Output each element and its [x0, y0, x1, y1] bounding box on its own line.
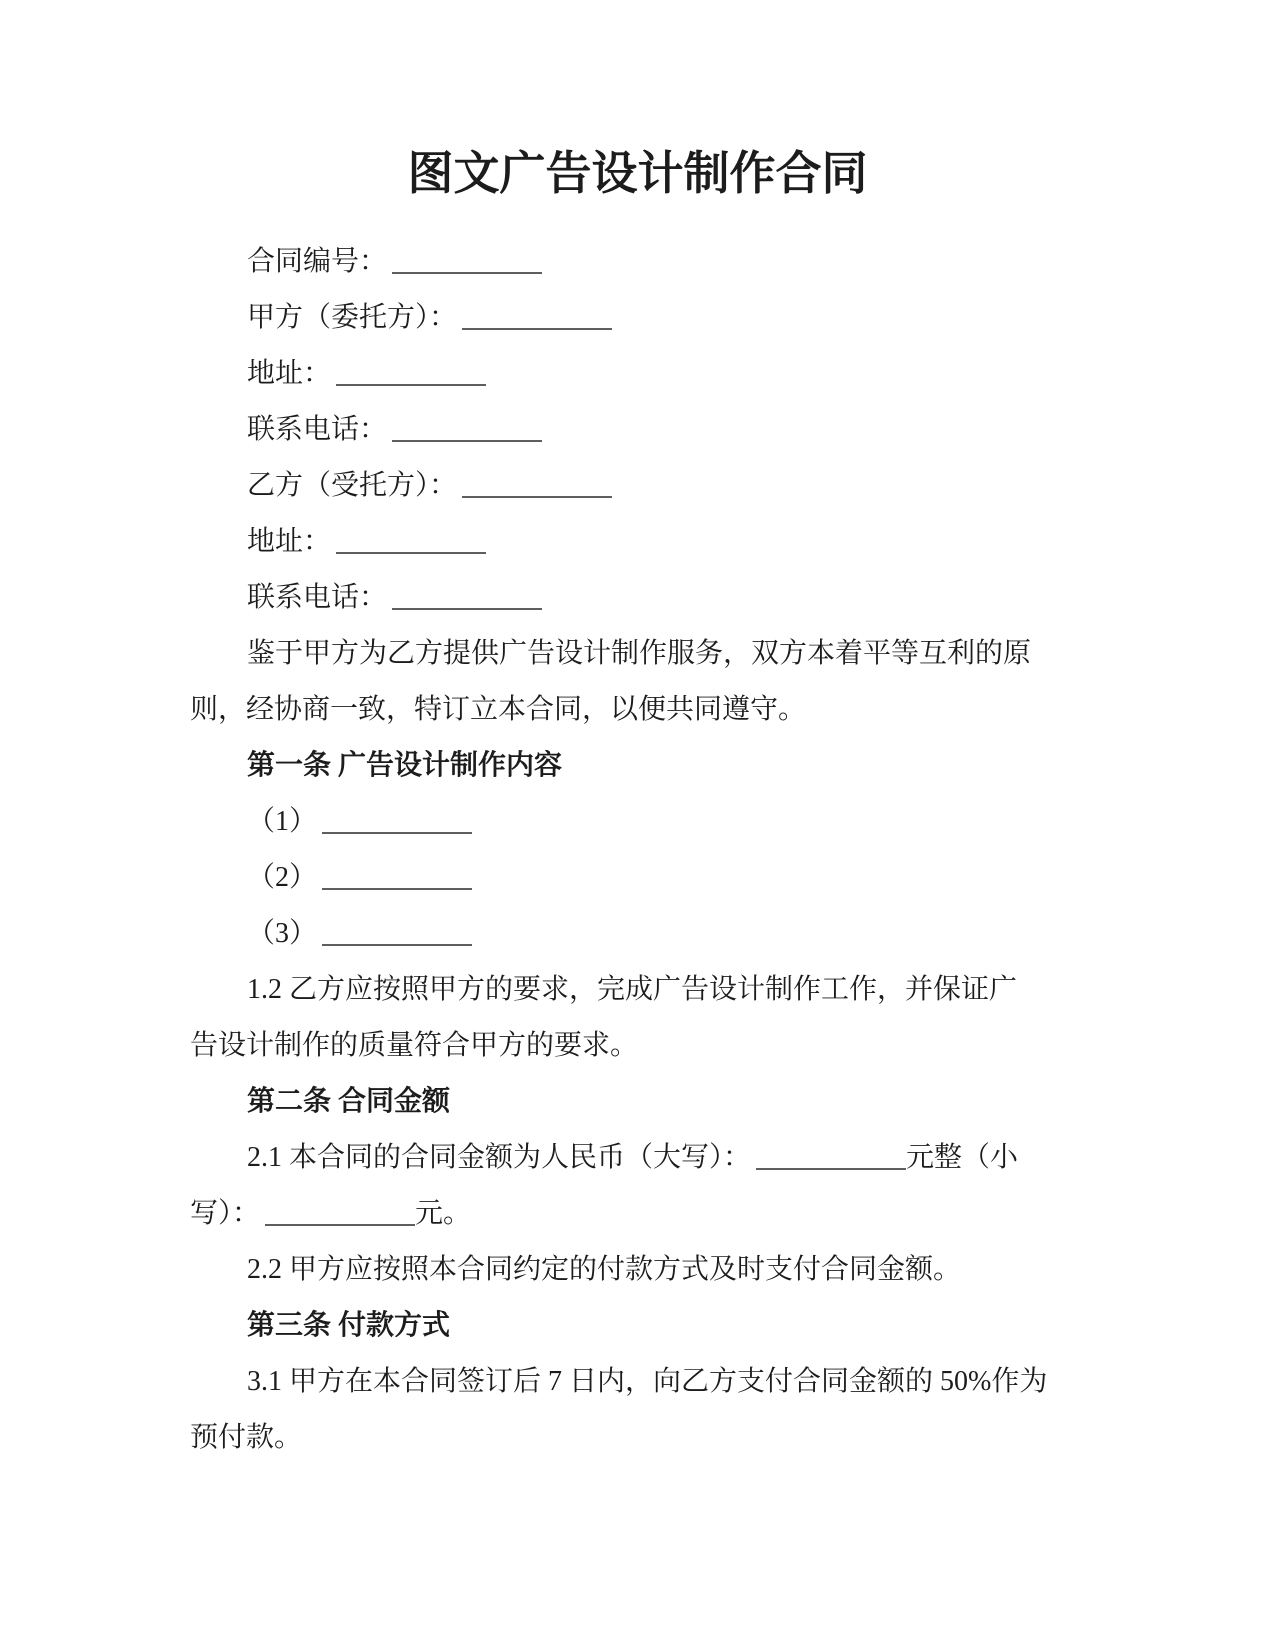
text-run: 1.2 乙方应按照甲方的要求，完成广告设计制作工作，并保证广	[247, 974, 1017, 1005]
blank-underline	[392, 420, 542, 442]
text-run: 合同编号：	[247, 246, 387, 277]
clause-1-2-line-1: 1.2 乙方应按照甲方的要求，完成广告设计制作工作，并保证广	[190, 962, 1070, 1018]
blank-underline	[336, 532, 486, 554]
blank-underline	[756, 1148, 906, 1170]
text-run: 告设计制作的质量符合甲方的要求。	[190, 1030, 638, 1061]
blank-underline	[322, 868, 472, 890]
text-run: 3.1 甲方在本合同签订后 7 日内，向乙方支付合同金额的 50%作为	[247, 1366, 1047, 1397]
text-run: 第三条 付款方式	[247, 1310, 450, 1341]
text-run: （3）	[247, 918, 317, 949]
document-title: 图文广告设计制作合同	[0, 142, 1275, 206]
text-run: 元整（小	[906, 1142, 1018, 1173]
text-run: 联系电话：	[247, 414, 387, 445]
clause-2-2: 2.2 甲方应按照本合同约定的付款方式及时支付合同金额。	[190, 1242, 1070, 1298]
party-b-address-field: 地址：	[190, 514, 1070, 570]
text-run: 元。	[415, 1198, 471, 1229]
text-run: 鉴于甲方为乙方提供广告设计制作服务，双方本着平等互利的原	[247, 638, 1031, 669]
clause-2-1-line-1: 2.1 本合同的合同金额为人民币（大写）：元整（小	[190, 1130, 1070, 1186]
text-run: 地址：	[247, 358, 331, 389]
text-run: 第一条 广告设计制作内容	[247, 750, 562, 781]
blank-underline	[322, 812, 472, 834]
text-run: 联系电话：	[247, 582, 387, 613]
blank-underline	[462, 308, 612, 330]
text-run: 则，经协商一致，特订立本合同，以便共同遵守。	[190, 694, 806, 725]
document-body: 合同编号：甲方（委托方）：地址：联系电话：乙方（受托方）：地址：联系电话：鉴于甲…	[190, 234, 1070, 1466]
content-item-3: （3）	[190, 906, 1070, 962]
clause-3-1-line-2: 预付款。	[190, 1410, 1070, 1466]
section-3-heading: 第三条 付款方式	[190, 1298, 1070, 1354]
text-run: （2）	[247, 862, 317, 893]
blank-underline	[265, 1204, 415, 1226]
clause-3-1-line-1: 3.1 甲方在本合同签订后 7 日内，向乙方支付合同金额的 50%作为	[190, 1354, 1070, 1410]
text-run: 2.1 本合同的合同金额为人民币（大写）：	[247, 1142, 751, 1173]
blank-underline	[336, 364, 486, 386]
text-run: 写）：	[190, 1198, 260, 1229]
clause-1-2-line-2: 告设计制作的质量符合甲方的要求。	[190, 1018, 1070, 1074]
preamble-line-1: 鉴于甲方为乙方提供广告设计制作服务，双方本着平等互利的原	[190, 626, 1070, 682]
blank-underline	[392, 588, 542, 610]
content-item-1: （1）	[190, 794, 1070, 850]
text-run: 预付款。	[190, 1422, 302, 1453]
text-run: 2.2 甲方应按照本合同约定的付款方式及时支付合同金额。	[247, 1254, 961, 1285]
party-a-field: 甲方（委托方）：	[190, 290, 1070, 346]
blank-underline	[322, 924, 472, 946]
party-b-field: 乙方（受托方）：	[190, 458, 1070, 514]
clause-2-1-line-2: 写）：元。	[190, 1186, 1070, 1242]
text-run: （1）	[247, 806, 317, 837]
blank-underline	[462, 476, 612, 498]
party-a-phone-field: 联系电话：	[190, 402, 1070, 458]
text-run: 乙方（受托方）：	[247, 470, 457, 501]
party-a-address-field: 地址：	[190, 346, 1070, 402]
contract-number-field: 合同编号：	[190, 234, 1070, 290]
contract-document-page: 图文广告设计制作合同 合同编号：甲方（委托方）：地址：联系电话：乙方（受托方）：…	[0, 0, 1275, 1650]
text-run: 第二条 合同金额	[247, 1086, 450, 1117]
party-b-phone-field: 联系电话：	[190, 570, 1070, 626]
preamble-line-2: 则，经协商一致，特订立本合同，以便共同遵守。	[190, 682, 1070, 738]
section-2-heading: 第二条 合同金额	[190, 1074, 1070, 1130]
content-item-2: （2）	[190, 850, 1070, 906]
section-1-heading: 第一条 广告设计制作内容	[190, 738, 1070, 794]
text-run: 甲方（委托方）：	[247, 302, 457, 333]
text-run: 地址：	[247, 526, 331, 557]
blank-underline	[392, 252, 542, 274]
